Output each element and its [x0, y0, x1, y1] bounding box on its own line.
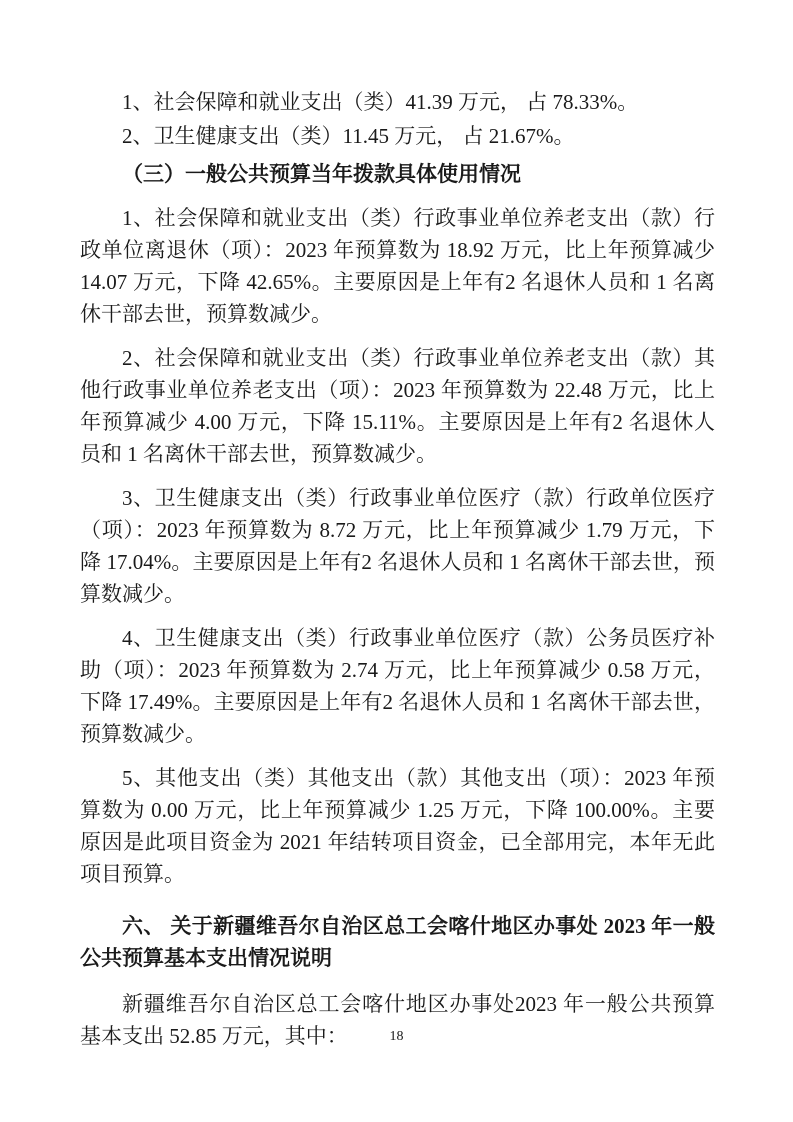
document-page: 1、社会保障和就业支出（类）41.39 万元， 占 78.33%。 2、卫生健康… [0, 0, 793, 1122]
fund-usage-paragraph-1: 1、社会保障和就业支出（类）行政事业单位养老支出（款）行政单位离退休（项）：20… [80, 202, 715, 330]
fund-usage-paragraph-4: 4、卫生健康支出（类）行政事业单位医疗（款）公务员医疗补助（项）：2023 年预… [80, 622, 715, 750]
fund-usage-paragraph-2: 2、社会保障和就业支出（类）行政事业单位养老支出（款）其他行政事业单位养老支出（… [80, 342, 715, 470]
summary-item-social-security: 1、社会保障和就业支出（类）41.39 万元， 占 78.33%。 [80, 86, 715, 118]
fund-usage-paragraph-5: 5、其他支出（类）其他支出（款）其他支出（项）：2023 年预算数为 0.00 … [80, 762, 715, 890]
summary-item-health: 2、卫生健康支出（类）11.45 万元， 占 21.67%。 [80, 120, 715, 152]
document-content: 1、社会保障和就业支出（类）41.39 万元， 占 78.33%。 2、卫生健康… [0, 0, 793, 1052]
section-heading-fund-usage: （三）一般公共预算当年拨款具体使用情况 [80, 158, 715, 190]
fund-usage-paragraph-3: 3、卫生健康支出（类）行政事业单位医疗（款）行政单位医疗（项）：2023 年预算… [80, 482, 715, 610]
page-number: 18 [0, 1028, 793, 1046]
section-heading-basic-expenditure: 六、 关于新疆维吾尔自治区总工会喀什地区办事处 2023 年一般公共预算基本支出… [80, 910, 715, 974]
